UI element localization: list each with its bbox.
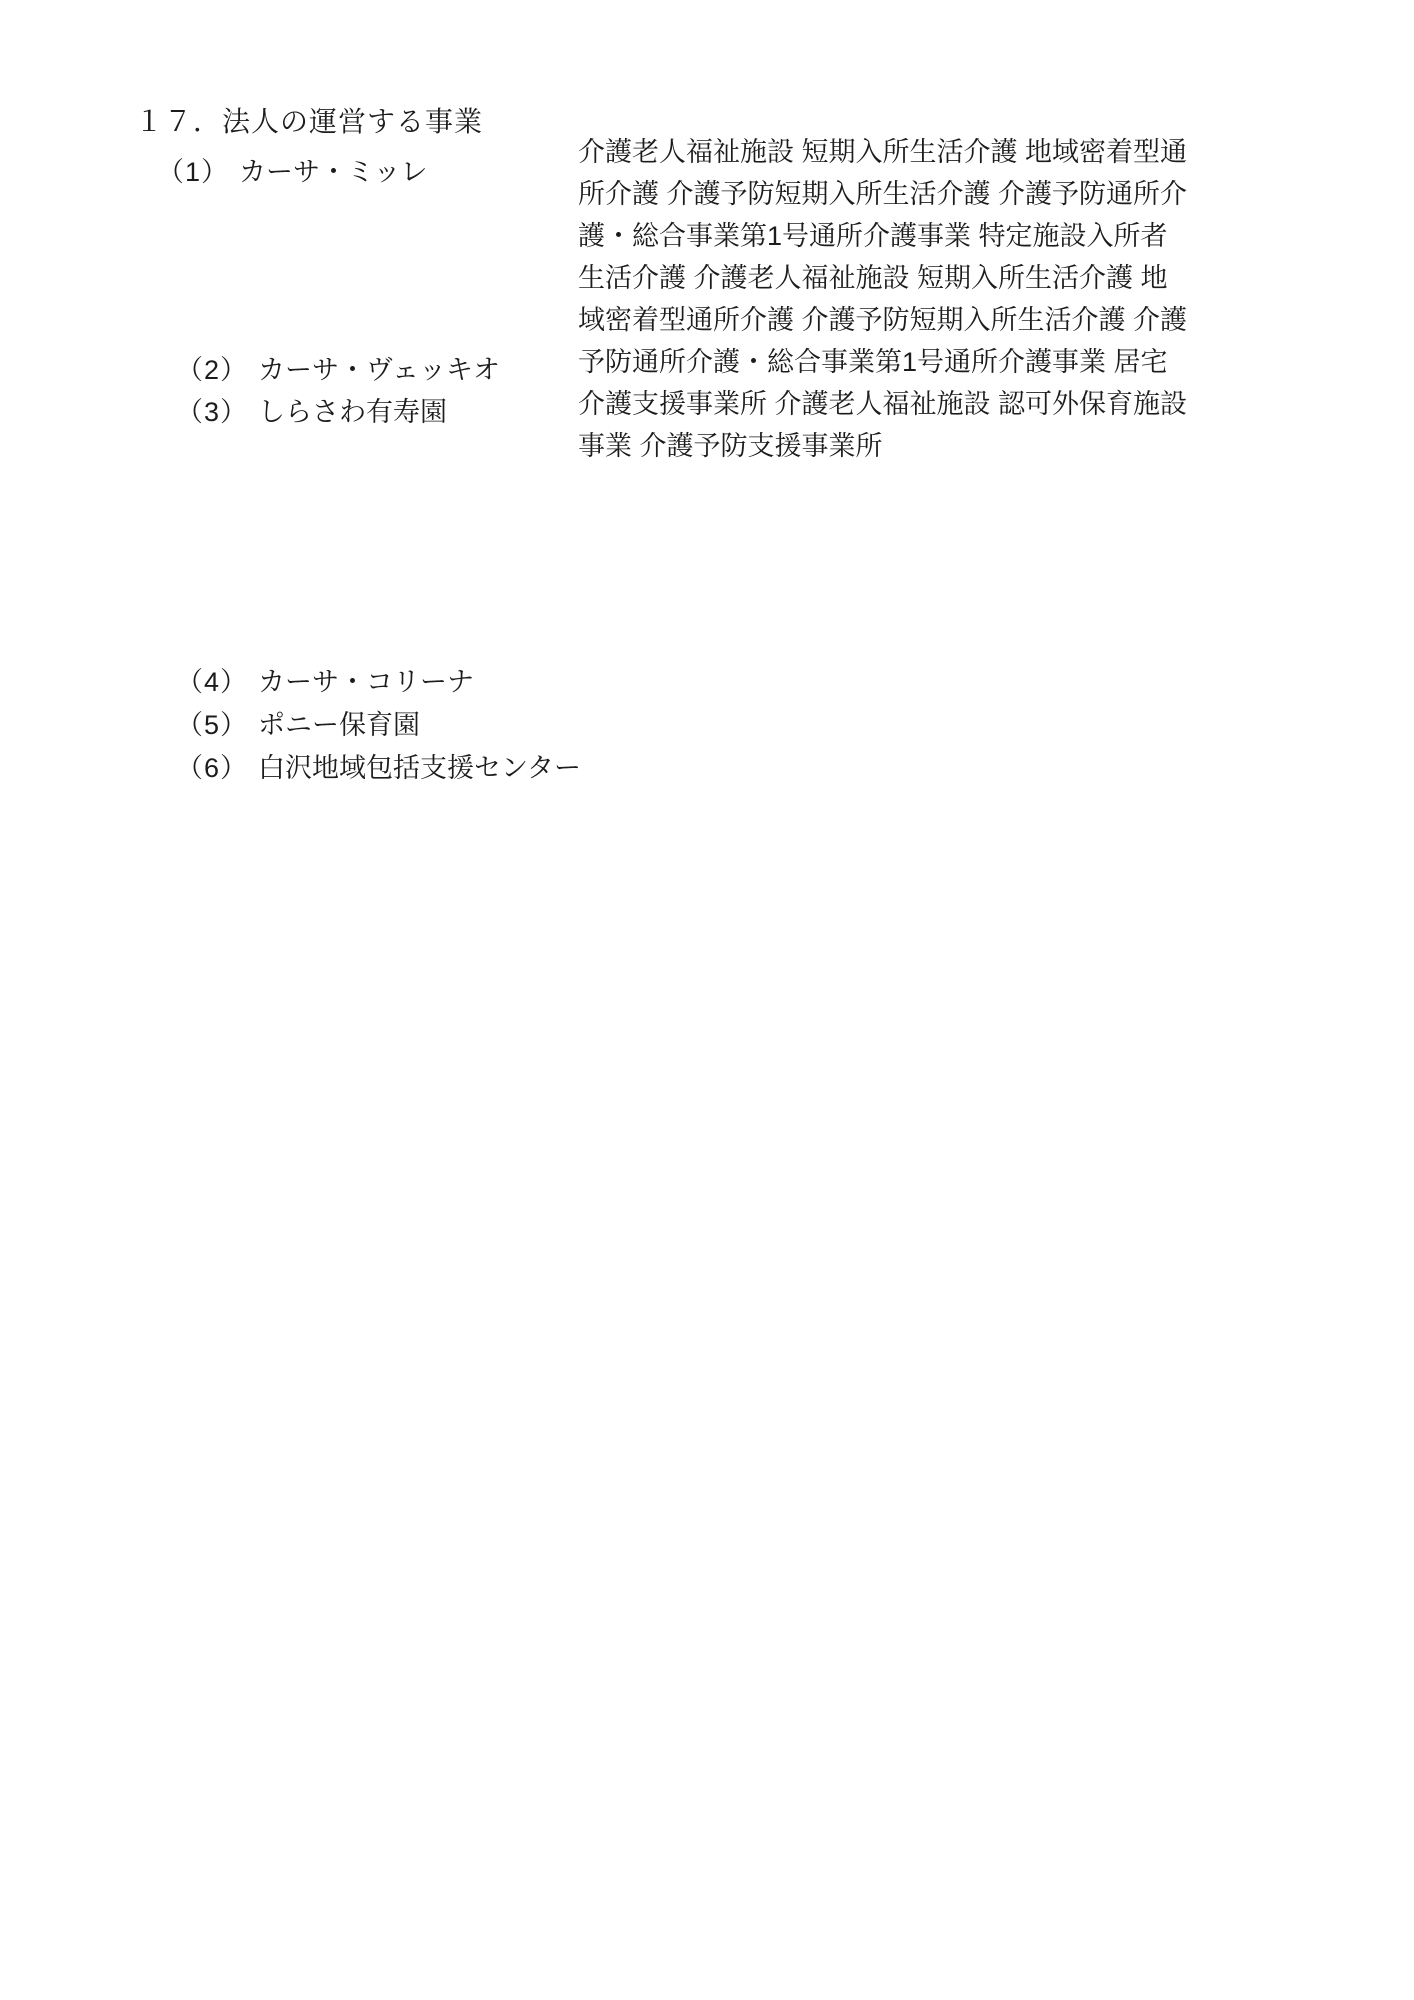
facility-label: カーサ・ヴェッキオ <box>258 348 500 387</box>
facility-item-3: （3） しらさわ有寿園 <box>176 390 447 429</box>
section-heading: １７．法人の運営する事業 <box>135 100 483 140</box>
facility-item-4: （4） カーサ・コリーナ <box>176 660 474 699</box>
services-line: 事業 介護予防支援事業所 <box>578 425 1187 467</box>
facility-label: カーサ・コリーナ <box>258 660 474 699</box>
services-line: 介護老人福祉施設 短期入所生活介護 地域密着型通 <box>578 131 1187 173</box>
facility-number: （5） <box>176 703 248 742</box>
facility-number: （4） <box>176 660 248 699</box>
document-page: １７．法人の運営する事業 （1） カーサ・ミッレ （2） カーサ・ヴェッキオ （… <box>0 0 1414 2000</box>
facility-label: 白沢地域包括支援センター <box>258 746 581 785</box>
facility-item-5: （5） ポニー保育園 <box>176 703 420 742</box>
facility-item-2: （2） カーサ・ヴェッキオ <box>176 348 500 387</box>
services-line: 介護支援事業所 介護老人福祉施設 認可外保育施設 <box>578 383 1187 425</box>
facility-label: しらさわ有寿園 <box>258 390 447 429</box>
services-line: 生活介護 介護老人福祉施設 短期入所生活介護 地 <box>578 257 1187 299</box>
facility-number: （3） <box>176 390 248 429</box>
facility-number: （6） <box>176 746 248 785</box>
facility-label: ポニー保育園 <box>258 703 420 742</box>
facility-item-1: （1） カーサ・ミッレ <box>157 150 428 189</box>
services-line: 所介護 介護予防短期入所生活介護 介護予防通所介 <box>578 173 1187 215</box>
services-line: 護・総合事業第1号通所介護事業 特定施設入所者 <box>578 215 1187 257</box>
facility-number: （2） <box>176 348 248 387</box>
facility-item-6: （6） 白沢地域包括支援センター <box>176 746 581 785</box>
services-text-block: 介護老人福祉施設 短期入所生活介護 地域密着型通 所介護 介護予防短期入所生活介… <box>578 131 1187 467</box>
facility-label: カーサ・ミッレ <box>239 150 427 189</box>
services-line: 予防通所介護・総合事業第1号通所介護事業 居宅 <box>578 341 1187 383</box>
services-line: 域密着型通所介護 介護予防短期入所生活介護 介護 <box>578 299 1187 341</box>
facility-number: （1） <box>157 150 229 189</box>
